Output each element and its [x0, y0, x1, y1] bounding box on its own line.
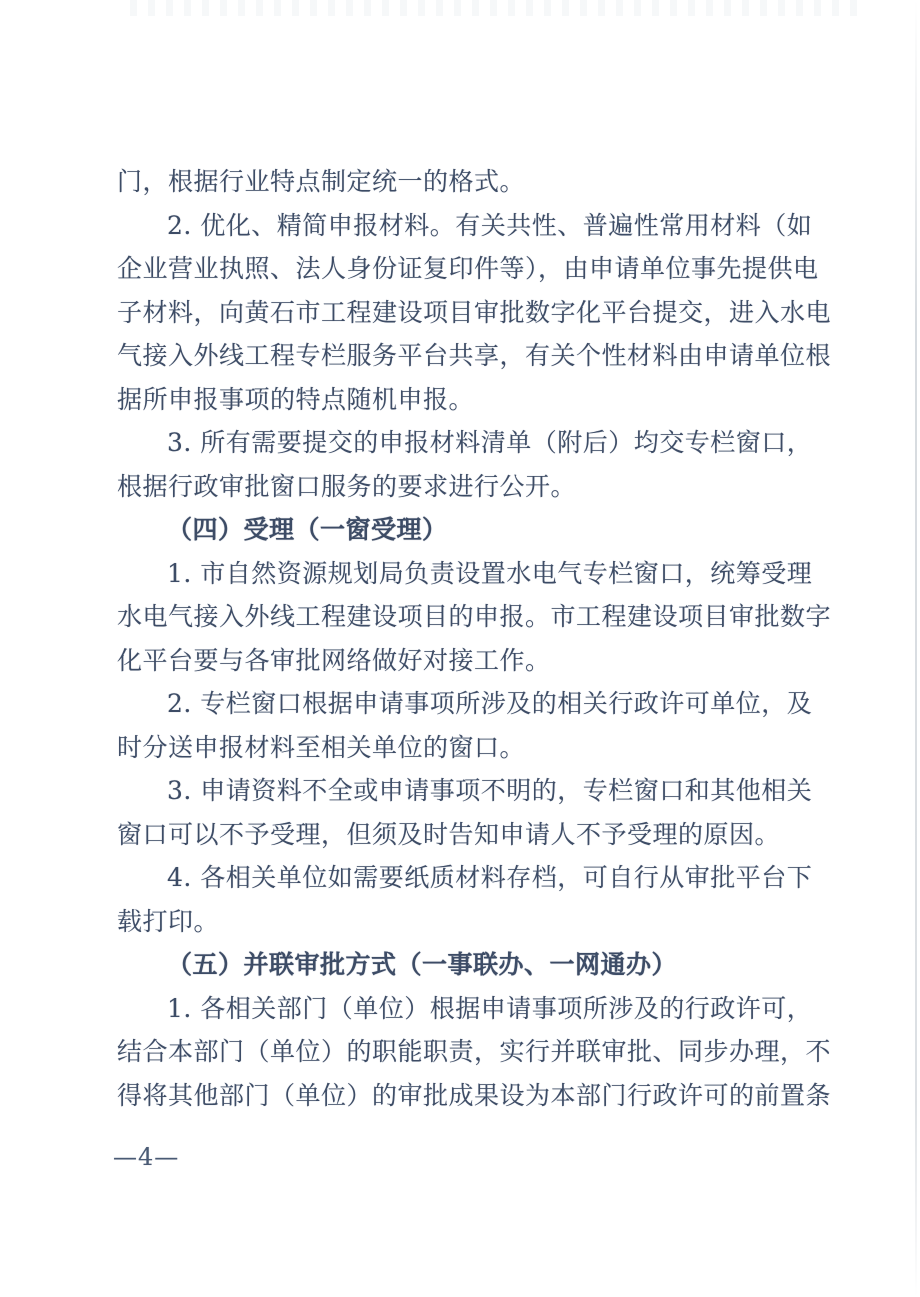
document-text-line: 4. 各相关单位如需要纸质材料存档，可自行从审批平台下 [117, 856, 812, 900]
document-page: 门，根据行业特点制定统一的格式。2. 优化、精简申报材料。有关共性、普遍性常用材… [0, 0, 920, 1297]
document-text-line: 化平台要与各审批网络做好对接工作。 [117, 639, 812, 683]
document-text-line: 据所申报事项的特点随机申报。 [117, 378, 812, 422]
document-text-line: 时分送申报材料至相关单位的窗口。 [117, 726, 812, 770]
document-text-line: 1. 市自然资源规划局负责设置水电气专栏窗口，统筹受理 [117, 552, 812, 596]
document-text-line: 企业营业执照、法人身份证复印件等），由申请单位事先提供电 [117, 247, 812, 291]
scan-edge-line [915, 0, 917, 1297]
document-text-line: 根据行政审批窗口服务的要求进行公开。 [117, 465, 812, 509]
document-text-line: 2. 专栏窗口根据申请事项所涉及的相关行政许可单位，及 [117, 682, 812, 726]
page-number: —4— [113, 1142, 179, 1172]
document-heading-line: （四）受理（一窗受理） [117, 508, 812, 552]
document-text-line: 2. 优化、精简申报材料。有关共性、普遍性常用材料（如 [117, 204, 812, 248]
document-text-line: 得将其他部门（单位）的审批成果设为本部门行政许可的前置条 [117, 1074, 812, 1118]
document-text-line: 结合本部门（单位）的职能职责，实行并联审批、同步办理，不 [117, 1030, 812, 1074]
document-text-line: 1. 各相关部门（单位）根据申请事项所涉及的行政许可， [117, 987, 812, 1031]
document-text-line: 气接入外线工程专栏服务平台共享，有关个性材料由申请单位根 [117, 334, 812, 378]
document-text-line: 窗口可以不予受理，但须及时告知申请人不予受理的原因。 [117, 813, 812, 857]
scan-streak-artifact [130, 0, 860, 16]
document-text-line: 3. 所有需要提交的申报材料清单（附后）均交专栏窗口， [117, 421, 812, 465]
document-text-line: 门，根据行业特点制定统一的格式。 [117, 160, 812, 204]
document-text-line: 载打印。 [117, 900, 812, 944]
document-text-line: 3. 申请资料不全或申请事项不明的，专栏窗口和其他相关 [117, 769, 812, 813]
document-body: 门，根据行业特点制定统一的格式。2. 优化、精简申报材料。有关共性、普遍性常用材… [117, 160, 812, 1117]
document-text-line: 子材料，向黄石市工程建设项目审批数字化平台提交，进入水电 [117, 291, 812, 335]
document-heading-line: （五）并联审批方式（一事联办、一网通办） [117, 943, 812, 987]
document-text-line: 水电气接入外线工程建设项目的申报。市工程建设项目审批数字 [117, 595, 812, 639]
